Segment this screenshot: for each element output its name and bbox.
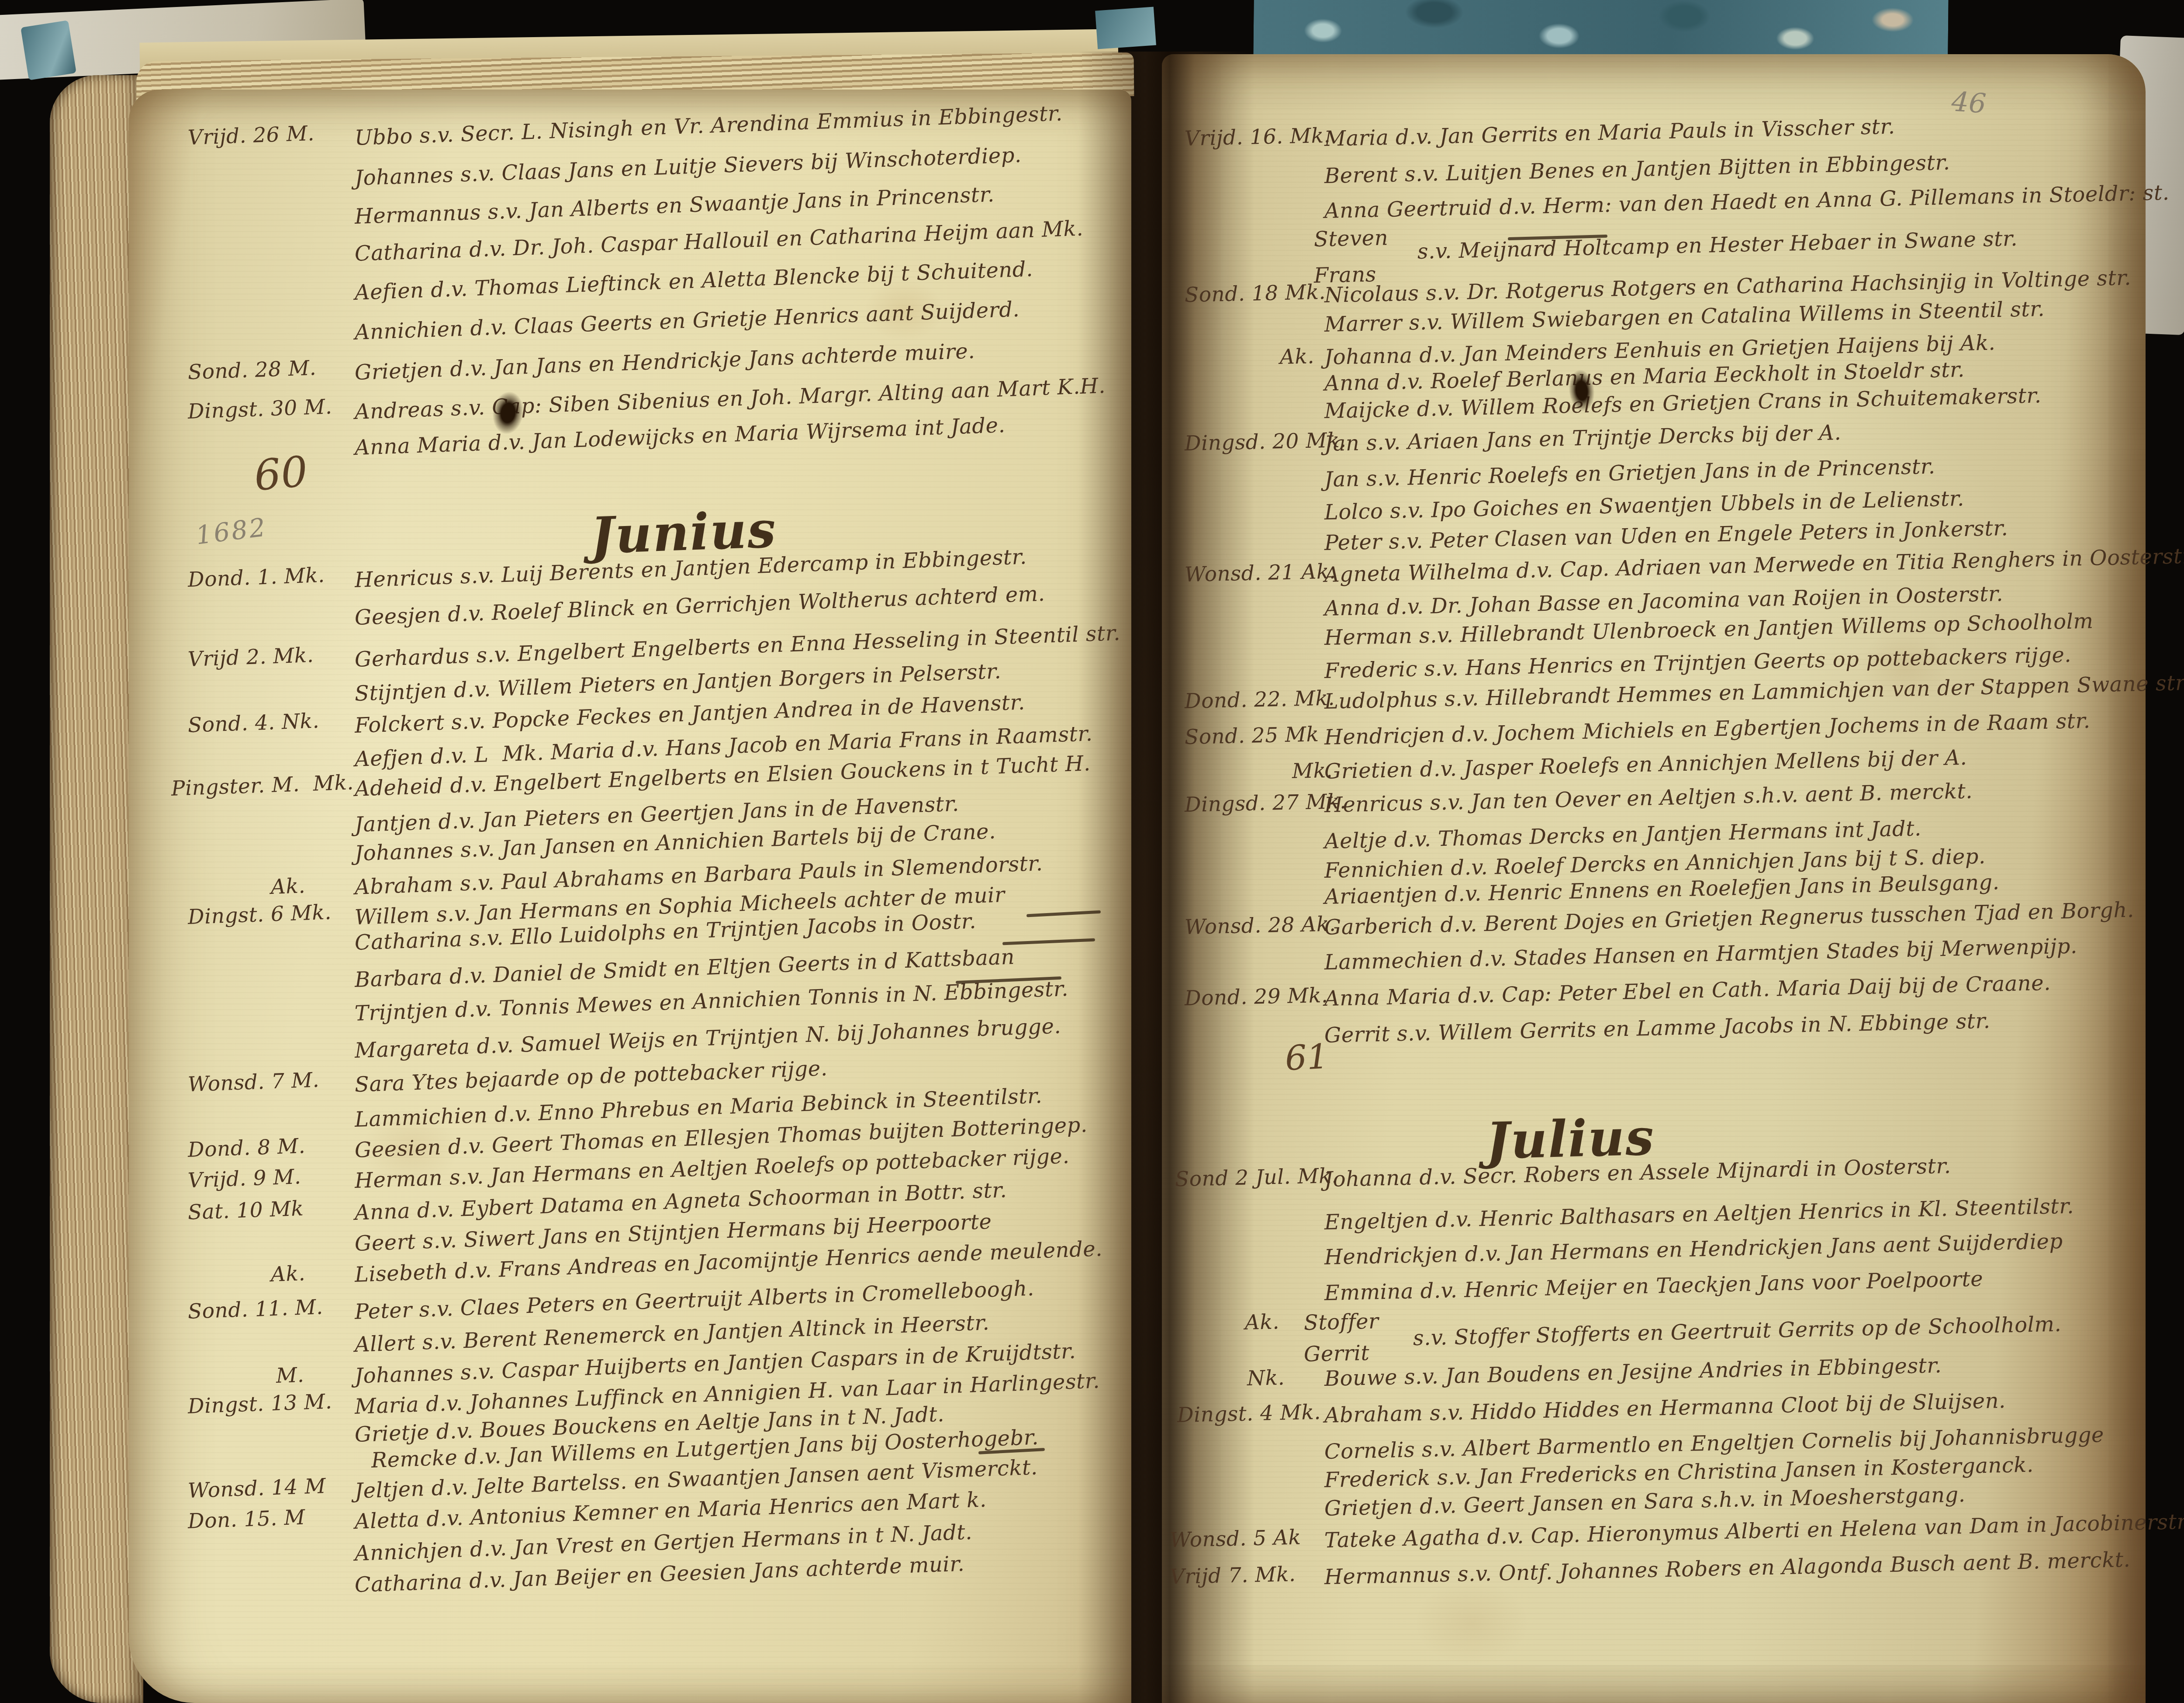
paper-stain: [1861, 629, 1948, 703]
paper-stain: [363, 1110, 459, 1188]
book-gutter-shadow: [1078, 52, 1254, 1703]
page-left: [129, 90, 1131, 1703]
folio-number: 46: [1951, 85, 1987, 119]
paper-stain: [1415, 1582, 1529, 1665]
month-header-julius: Julius: [1485, 1108, 1655, 1170]
page-right: [1162, 54, 2146, 1703]
page-marker-61: 61: [1284, 1037, 1330, 1078]
page-marker-60: 60: [252, 447, 309, 500]
month-header-junius: Junius: [590, 500, 778, 566]
marbled-cover-fragment: [21, 20, 76, 80]
paper-stain: [865, 280, 943, 341]
marbled-cover-fragment: [1095, 7, 1156, 49]
